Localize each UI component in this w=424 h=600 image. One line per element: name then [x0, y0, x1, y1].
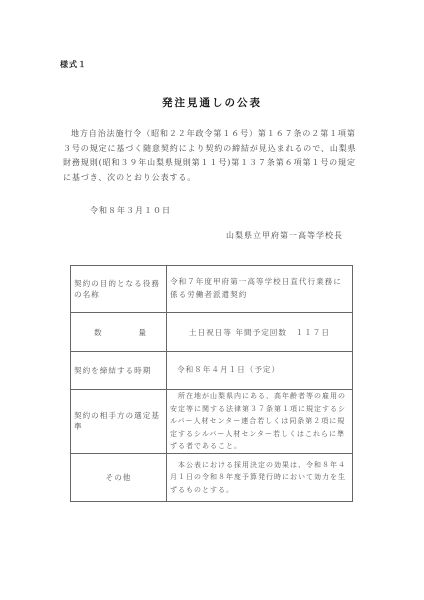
table-row: 契約の相手方の選定基準 所在地が山梨県内にある、高年齢者等の雇用の安定等に関する…: [71, 390, 353, 454]
row-value: 所在地が山梨県内にある、高年齢者等の雇用の安定等に関する法律第３７条第１項に規定…: [167, 390, 353, 454]
announcement-date: 令和８年３月１０日: [90, 205, 171, 216]
table-row: 契約の目的となる役務の名称 令和７年度甲府第一高等学校日直代行業務に係る労働者派…: [71, 266, 353, 313]
row-label: 契約の相手方の選定基準: [71, 390, 167, 454]
row-value: 令和８年４月１日（予定）: [167, 352, 353, 390]
row-value: 本公表における採用決定の効果は、令和８年４月１日の令和８年度予算発行時において効…: [167, 453, 353, 501]
row-value: 令和７年度甲府第一高等学校日直代行業務に係る労働者派遣契約: [167, 266, 353, 313]
table-row: 契約を締結する時期 令和８年４月１日（予定）: [71, 352, 353, 390]
table-row: その他 本公表における採用決定の効果は、令和８年４月１日の令和８年度予算発行時に…: [71, 453, 353, 501]
row-label: 契約の目的となる役務の名称: [71, 266, 167, 313]
row-label-part: 量: [138, 327, 147, 338]
row-value: 土日祝日等 年間予定回数 １１７日: [167, 313, 353, 352]
issuer-name: 山梨県立甲府第一高等学校長: [226, 230, 343, 241]
row-label: 数 量: [71, 313, 167, 352]
row-label-part: 数: [94, 327, 103, 338]
form-number: 様式１: [60, 59, 87, 70]
intro-paragraph: 地方自治法施行令（昭和２２年政令第１６号）第１６７条の２第１項第３号の規定に基づ…: [63, 127, 363, 185]
table-row: 数 量 土日祝日等 年間予定回数 １１７日: [71, 313, 353, 352]
row-label: その他: [71, 453, 167, 501]
contract-info-table: 契約の目的となる役務の名称 令和７年度甲府第一高等学校日直代行業務に係る労働者派…: [70, 265, 353, 502]
row-label: 契約を締結する時期: [71, 352, 167, 390]
page-title: 発注見通しの公表: [0, 95, 424, 110]
